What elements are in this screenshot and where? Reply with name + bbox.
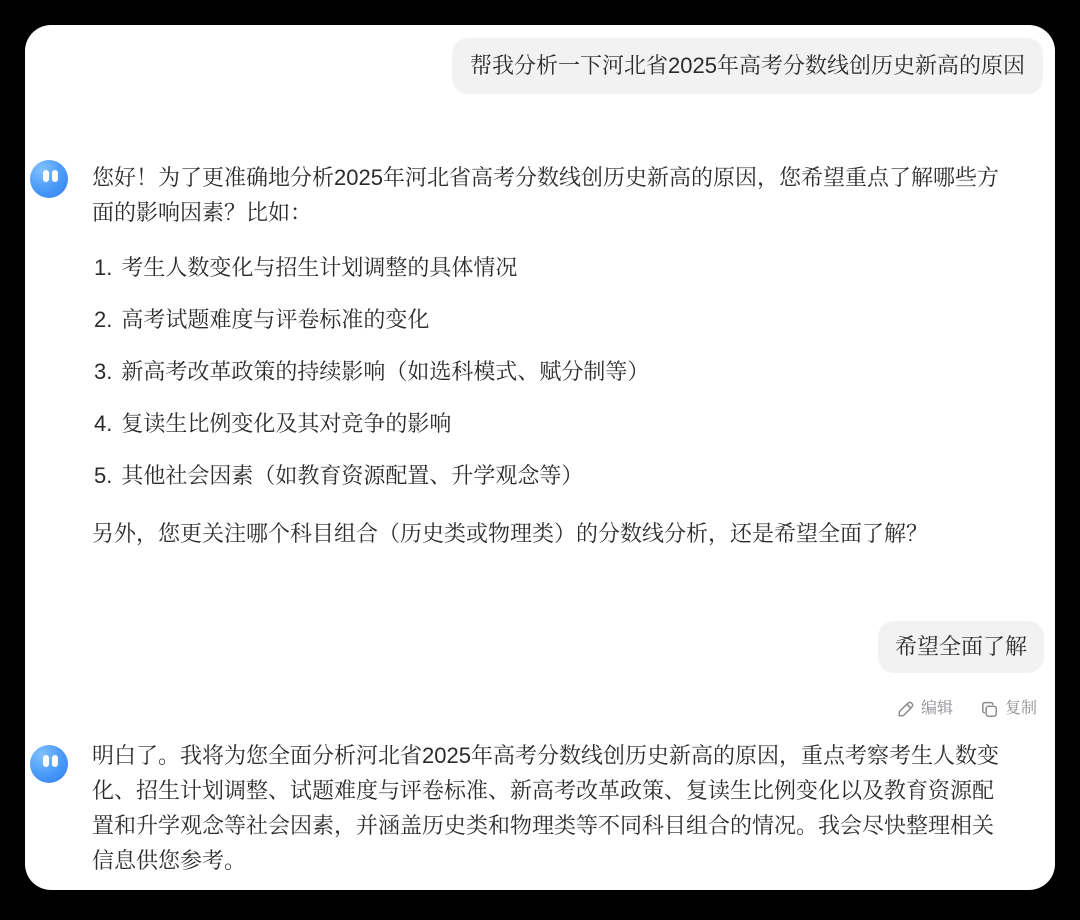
assistant-message-content-2: 明白了。我将为您全面分析河北省2025年高考分数线创历史新高的原因，重点考察考生… bbox=[92, 738, 1014, 878]
list-item-number: 5. bbox=[94, 463, 112, 488]
assistant-outro-paragraph: 另外，您更关注哪个科目组合（历史类或物理类）的分数线分析，还是希望全面了解？ bbox=[92, 516, 1014, 551]
list-item-text: 复读生比例变化及其对竞争的影响 bbox=[121, 411, 451, 436]
copy-icon bbox=[981, 701, 998, 718]
copy-button-label: 复制 bbox=[1005, 699, 1037, 719]
user-message-row-2: 希望全面了解 bbox=[25, 621, 1044, 673]
avatar-eye-left bbox=[43, 170, 49, 182]
list-item-text: 新高考改革政策的持续影响（如选科模式、赋分制等） bbox=[121, 359, 649, 384]
avatar-eye-right bbox=[52, 755, 58, 767]
assistant-message-content-1: 您好！为了更准确地分析2025年河北省高考分数线创历史新高的原因，您希望重点了解… bbox=[92, 160, 1014, 551]
user-message-bubble-2: 希望全面了解 bbox=[878, 621, 1044, 673]
avatar-eye-left bbox=[43, 755, 49, 767]
list-item-text: 考生人数变化与招生计划调整的具体情况 bbox=[121, 255, 517, 280]
list-item: 5.其他社会因素（如教育资源配置、升学观念等） bbox=[94, 458, 1014, 493]
list-item-number: 3. bbox=[94, 359, 112, 384]
list-item: 1.考生人数变化与招生计划调整的具体情况 bbox=[94, 250, 1014, 285]
edit-button[interactable]: 编辑 bbox=[897, 699, 953, 719]
assistant-avatar-icon bbox=[30, 745, 68, 783]
copy-button[interactable]: 复制 bbox=[981, 699, 1037, 719]
list-item-number: 1. bbox=[94, 255, 112, 280]
list-item: 4.复读生比例变化及其对竞争的影响 bbox=[94, 406, 1014, 441]
list-item-text: 其他社会因素（如教育资源配置、升学观念等） bbox=[121, 463, 583, 488]
assistant-intro-paragraph: 您好！为了更准确地分析2025年河北省高考分数线创历史新高的原因，您希望重点了解… bbox=[92, 160, 1014, 230]
user-message-row-1: 帮我分析一下河北省2025年高考分数线创历史新高的原因 bbox=[25, 25, 1055, 94]
chat-window: 帮我分析一下河北省2025年高考分数线创历史新高的原因 您好！为了更准确地分析2… bbox=[25, 25, 1055, 890]
list-item: 2.高考试题难度与评卷标准的变化 bbox=[94, 302, 1014, 337]
assistant-reply-paragraph: 明白了。我将为您全面分析河北省2025年高考分数线创历史新高的原因，重点考察考生… bbox=[92, 738, 1014, 878]
assistant-message-row-1: 您好！为了更准确地分析2025年河北省高考分数线创历史新高的原因，您希望重点了解… bbox=[30, 160, 1055, 551]
list-item-number: 2. bbox=[94, 307, 112, 332]
list-item: 3.新高考改革政策的持续影响（如选科模式、赋分制等） bbox=[94, 354, 1014, 389]
list-item-number: 4. bbox=[94, 411, 112, 436]
pencil-icon bbox=[897, 701, 914, 718]
list-item-text: 高考试题难度与评卷标准的变化 bbox=[121, 307, 429, 332]
user-message-bubble-1: 帮我分析一下河北省2025年高考分数线创历史新高的原因 bbox=[452, 38, 1043, 94]
message-actions-row: 编辑 复制 bbox=[25, 699, 1037, 719]
assistant-message-row-2: 明白了。我将为您全面分析河北省2025年高考分数线创历史新高的原因，重点考察考生… bbox=[30, 738, 1055, 878]
edit-button-label: 编辑 bbox=[921, 699, 953, 719]
clarifying-options-list: 1.考生人数变化与招生计划调整的具体情况 2.高考试题难度与评卷标准的变化 3.… bbox=[94, 250, 1014, 493]
assistant-avatar-icon bbox=[30, 160, 68, 198]
avatar-eye-right bbox=[52, 170, 58, 182]
